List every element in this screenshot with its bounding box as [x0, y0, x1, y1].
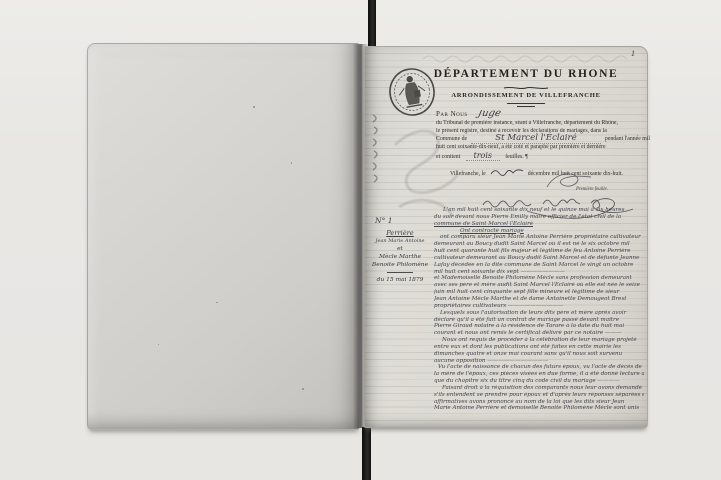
act-body-line: dimanches quatre et onze mai courant san… — [434, 351, 644, 358]
act-body-line: Lafay décédée en la dite commune de Sain… — [434, 262, 644, 269]
act-body-line: Ont contracté mariage — [434, 228, 644, 235]
spine-ribbon-top — [368, 0, 376, 47]
printed-villefranche-le: Villefranche, le — [450, 171, 486, 179]
printed-pendant-annee: pendant l'année mil — [605, 136, 650, 144]
act-body-line: du soir devant nous Pierre Émilly maire … — [434, 214, 644, 221]
act-body-line: courant et nous ont remis le certificat … — [434, 330, 644, 337]
act-body-line: Lesquels sous l'autorisation de leurs di… — [434, 310, 644, 317]
margin-groom-surname: Perrière — [370, 229, 430, 237]
act-body-text: L'an mil huit cent soixante dix neuf et … — [434, 207, 644, 412]
act-body-line: s'ils entendent se prendre pour époux et… — [434, 392, 644, 399]
paper-speck — [291, 162, 292, 164]
spine-ribbon-bottom — [362, 427, 371, 480]
margin-et: et — [370, 245, 430, 253]
printed-line-tribunal: du Tribunal de première instance, séant … — [436, 120, 650, 128]
act-body-line: commune de Saint Marcel l'Éclairé — [434, 221, 644, 228]
handwritten-trois: trois — [466, 152, 500, 161]
printed-et-contient: et contient — [436, 154, 460, 160]
scanned-register-photo: 1 DÉPARTEMENT DU RHONE ARRONDISSEMENT DE… — [0, 0, 721, 480]
printed-commune-de: Commune de — [436, 136, 467, 144]
act-body-line: mil huit cent soixante dix sept ———————— — [434, 269, 644, 276]
act-body-line: demeurant au Boucy dudit Saint Marcel où… — [434, 241, 644, 248]
margin-groom-firstnames: Jean Marie Antoine — [370, 237, 430, 245]
act-body-line: ont comparu sieur Jean Marie Antoine Per… — [434, 234, 644, 241]
show-through-top-line — [421, 51, 641, 65]
act-body-line: huit cent quarante huit fils majeur et l… — [434, 248, 644, 255]
right-register-page: 1 DÉPARTEMENT DU RHONE ARRONDISSEMENT DE… — [364, 46, 648, 428]
paper-speck — [158, 344, 159, 345]
act-body-line: Nous ont requis de procéder à la célébra… — [434, 337, 644, 344]
page-number: 1 — [623, 49, 643, 58]
act-body-line: la mère de l'époux, ces pièces visées en… — [434, 371, 644, 378]
margin-bride-firstnames: Benoite Philomène — [370, 261, 430, 269]
act-body-line: aucune opposition ——————————— — [434, 358, 644, 365]
handwritten-commune-name: St Marcel l'Éclairé — [471, 135, 601, 144]
margin-separator-rule — [387, 272, 413, 273]
act-body-line: propriétaires cultivateurs —————————— — [434, 303, 644, 310]
act-body-line: L'an mil huit cent soixante dix neuf et … — [434, 207, 644, 214]
act-body-line: affirmatives avons prononcé au nom de la… — [434, 399, 644, 406]
act-body-line: déclaré qu'il a été fait un contrat de m… — [434, 317, 644, 324]
gutter-ink-marks — [367, 111, 383, 189]
paper-speck — [216, 302, 218, 303]
handwritten-juge: Juge — [477, 110, 501, 118]
handwritten-date-scribble — [489, 167, 525, 177]
act-number: N° 1 — [375, 216, 415, 225]
act-body-line: cultivateur demeurant au Boucy dudit Sai… — [434, 255, 644, 262]
act-body-line: Pierre Giraud notaire à la résidence de … — [434, 323, 644, 330]
act-body-line: et Mademoiselle Benoite Philomène Mècle … — [434, 275, 644, 282]
act-body-line: Vu l'acte de naissance de chacun des fut… — [434, 364, 644, 371]
act-margin-notes: Perrière Jean Marie Antoine et Mècle Mar… — [370, 229, 430, 284]
arrondissement-heading: ARRONDISSEMENT DE VILLEFRANCHE — [427, 92, 625, 99]
act-body-line: Faisant droit à la réquisition des compa… — [434, 385, 644, 392]
act-body-line: juin mil huit cent cinquante sept fille … — [434, 289, 644, 296]
act-body-line: entre eux et dont les publications ont é… — [434, 344, 644, 351]
first-sheet-note: Première feuille. — [557, 187, 627, 192]
printed-line-annee: huit cent soixante-dix-neuf, a été coté … — [436, 144, 650, 152]
margin-act-date: du 15 mai 1879 — [370, 276, 430, 284]
heading-double-rule — [507, 103, 545, 108]
department-heading: DÉPARTEMENT DU RHONE — [427, 68, 625, 80]
printed-par-nous: Par Nous — [436, 110, 468, 118]
left-blank-page — [87, 43, 360, 430]
printed-feuilles: feuilles. ¶ — [505, 154, 528, 160]
margin-bride-surname: Mècle Marthe — [370, 253, 430, 261]
heading-flourish-rule — [503, 86, 549, 90]
act-body-line: Jean Antoine Mècle Marthe et de dame Ant… — [434, 296, 644, 303]
paper-speck — [302, 388, 304, 390]
paper-speck — [253, 106, 255, 108]
act-body-line: Marie Antoine Perrière et demoiselle Ben… — [434, 405, 644, 412]
act-body-line: que du chapitre six du titre cinq du cod… — [434, 378, 644, 385]
act-body-line: avec ses père et mère audit Saint Marcel… — [434, 282, 644, 289]
